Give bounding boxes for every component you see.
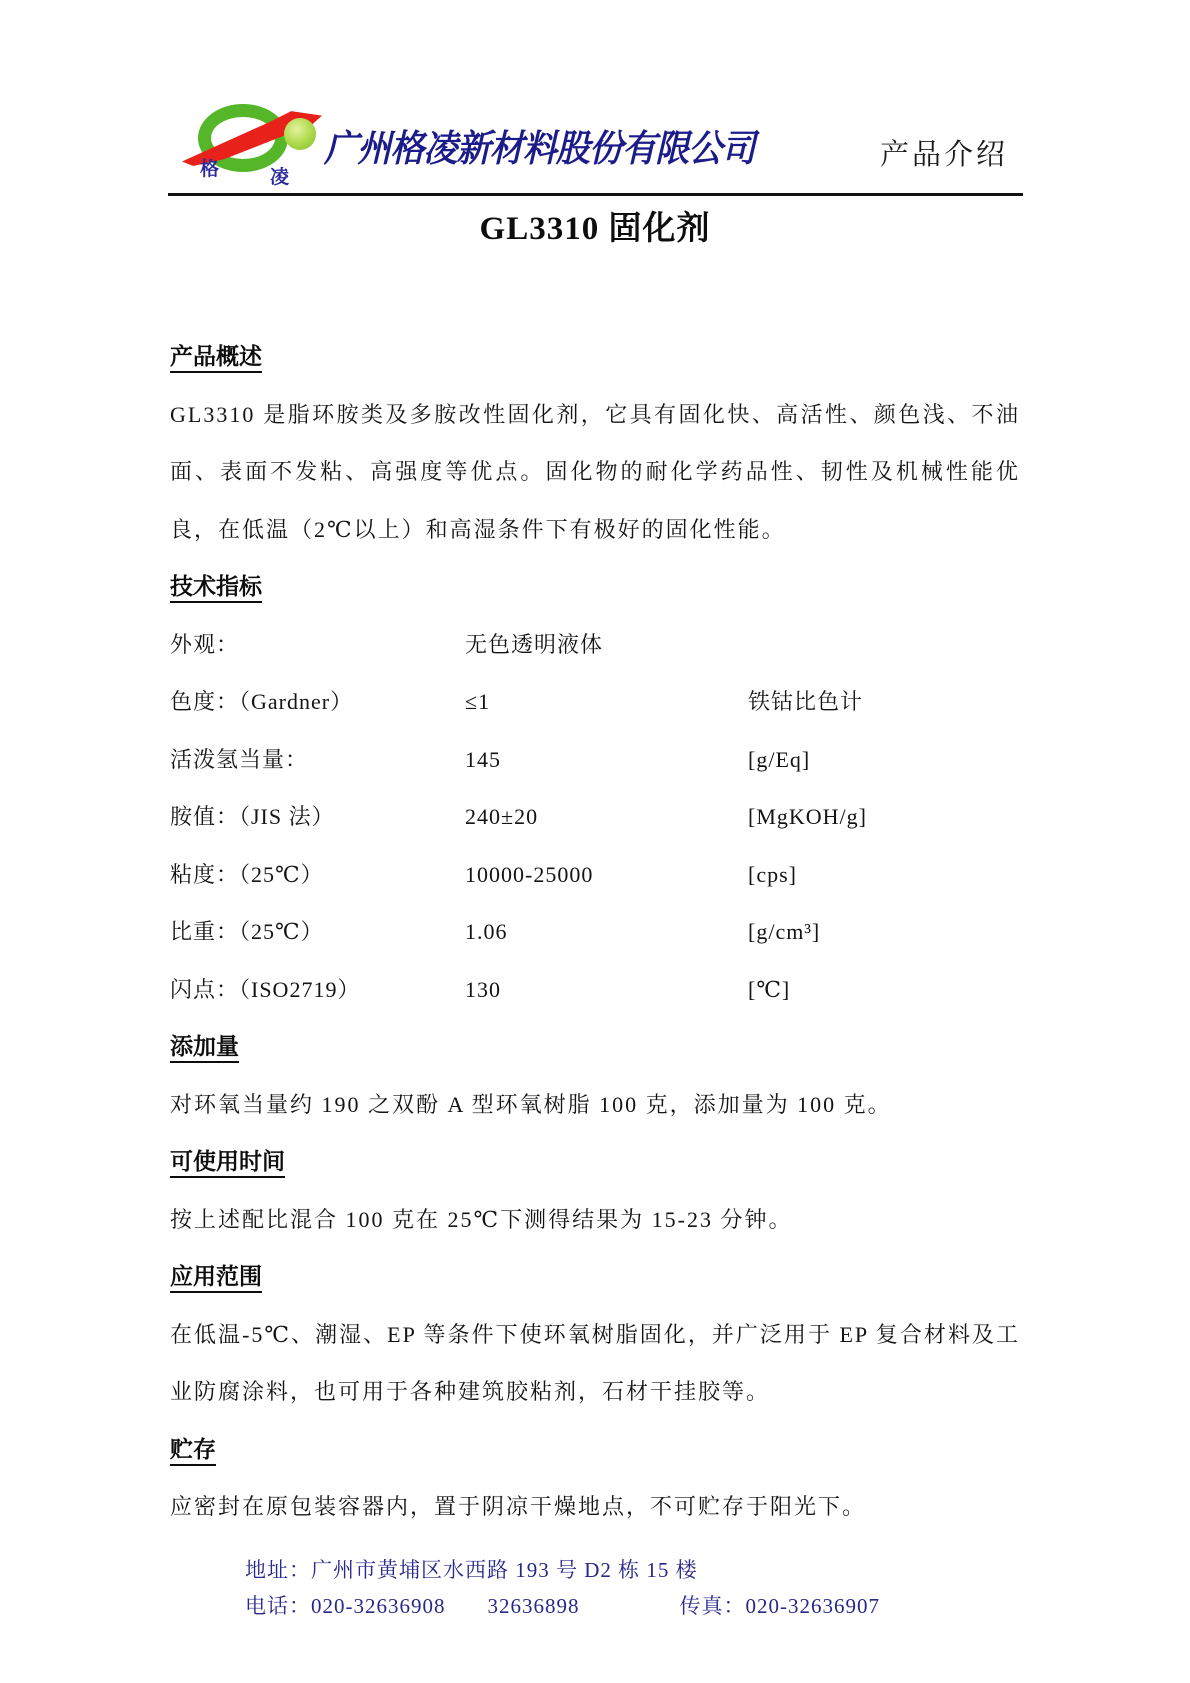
spec-unit: 铁钴比色计 bbox=[748, 673, 1020, 731]
section-heading-pot-life: 可使用时间 bbox=[170, 1133, 1020, 1191]
document-body: GL3310 固化剂 产品概述 GL3310 是脂环胺类及多胺改性固化剂，它具有… bbox=[170, 203, 1020, 1536]
section-heading-applications: 应用范围 bbox=[170, 1248, 1020, 1306]
spec-unit: [g/cm³] bbox=[748, 903, 1020, 961]
spec-value: 10000-25000 bbox=[465, 846, 748, 904]
spec-label: 闪点：（ISO2719） bbox=[170, 961, 465, 1019]
footer: 地址：广州市黄埔区水西路 193 号 D2 栋 15 楼 电话：020-3263… bbox=[245, 1552, 880, 1624]
header-divider bbox=[168, 193, 1023, 196]
spec-value: 145 bbox=[465, 731, 748, 789]
spec-value: 1.06 bbox=[465, 903, 748, 961]
spec-row-amine-value: 胺值：（JIS 法） 240±20 [MgKOH/g] bbox=[170, 788, 1020, 846]
overview-paragraph: GL3310 是脂环胺类及多胺改性固化剂，它具有固化快、高活性、颜色浅、不油面、… bbox=[170, 386, 1020, 559]
spec-value: 240±20 bbox=[465, 788, 748, 846]
footer-fax-label: 传真： bbox=[680, 1594, 746, 1618]
product-title: GL3310 固化剂 bbox=[170, 203, 1020, 255]
spec-row-flash-point: 闪点：（ISO2719） 130 [℃] bbox=[170, 961, 1020, 1019]
spec-unit: [g/Eq] bbox=[748, 731, 1020, 789]
logo-sphere-icon bbox=[284, 118, 316, 150]
spec-value: 无色透明液体 bbox=[465, 616, 748, 674]
spec-label: 粘度：（25℃） bbox=[170, 846, 465, 904]
spec-row-appearance: 外观： 无色透明液体 bbox=[170, 616, 1020, 674]
storage-paragraph: 应密封在原包装容器内，置于阴凉干燥地点，不可贮存于阳光下。 bbox=[170, 1478, 1020, 1536]
document-page: 格 凌 广州格凌新材料股份有限公司 产品介绍 GL3310 固化剂 产品概述 G… bbox=[0, 0, 1190, 1683]
applications-paragraph: 在低温-5℃、潮湿、EP 等条件下使环氧树脂固化，并广泛用于 EP 复合材料及工… bbox=[170, 1306, 1020, 1421]
spec-label: 胺值：（JIS 法） bbox=[170, 788, 465, 846]
footer-fax: 传真：020-32636907 bbox=[680, 1588, 881, 1624]
footer-phone-2: 32636898 bbox=[488, 1588, 580, 1624]
section-heading-storage: 贮存 bbox=[170, 1421, 1020, 1479]
spec-row-color: 色度：（Gardner） ≤1 铁钴比色计 bbox=[170, 673, 1020, 731]
spec-value: 130 bbox=[465, 961, 748, 1019]
logo-char-ling: 凌 bbox=[270, 162, 289, 189]
spec-label: 色度：（Gardner） bbox=[170, 673, 465, 731]
spec-label: 外观： bbox=[170, 616, 465, 674]
logo-char-ge: 格 bbox=[200, 154, 219, 181]
footer-phone-1: 020-32636908 bbox=[311, 1588, 446, 1624]
spec-label: 活泼氢当量： bbox=[170, 731, 465, 789]
footer-contact-line: 电话：020-32636908 32636898 传真：020-32636907 bbox=[245, 1588, 880, 1624]
section-heading-dosage: 添加量 bbox=[170, 1018, 1020, 1076]
company-name: 广州格凌新材料股份有限公司 bbox=[324, 118, 755, 172]
pot-life-paragraph: 按上述配比混合 100 克在 25℃下测得结果为 15-23 分钟。 bbox=[170, 1191, 1020, 1249]
spec-unit: [℃] bbox=[748, 961, 1020, 1019]
spec-row-active-hydrogen: 活泼氢当量： 145 [g/Eq] bbox=[170, 731, 1020, 789]
spec-unit bbox=[748, 616, 1020, 674]
spec-unit: [MgKOH/g] bbox=[748, 788, 1020, 846]
section-heading-overview: 产品概述 bbox=[170, 328, 1020, 386]
footer-phone-label: 电话： bbox=[245, 1588, 311, 1624]
spec-unit: [cps] bbox=[748, 846, 1020, 904]
footer-fax-number: 020-32636907 bbox=[746, 1594, 881, 1618]
spec-row-specific-gravity: 比重：（25℃） 1.06 [g/cm³] bbox=[170, 903, 1020, 961]
doc-type-label: 产品介绍 bbox=[880, 132, 1008, 173]
dosage-paragraph: 对环氧当量约 190 之双酚 A 型环氧树脂 100 克，添加量为 100 克。 bbox=[170, 1076, 1020, 1134]
spec-value: ≤1 bbox=[465, 673, 748, 731]
spec-row-viscosity: 粘度：（25℃） 10000-25000 [cps] bbox=[170, 846, 1020, 904]
company-logo: 格 凌 bbox=[182, 86, 327, 188]
footer-address: 地址：广州市黄埔区水西路 193 号 D2 栋 15 楼 bbox=[245, 1552, 880, 1588]
section-heading-specs: 技术指标 bbox=[170, 558, 1020, 616]
spec-label: 比重：（25℃） bbox=[170, 903, 465, 961]
